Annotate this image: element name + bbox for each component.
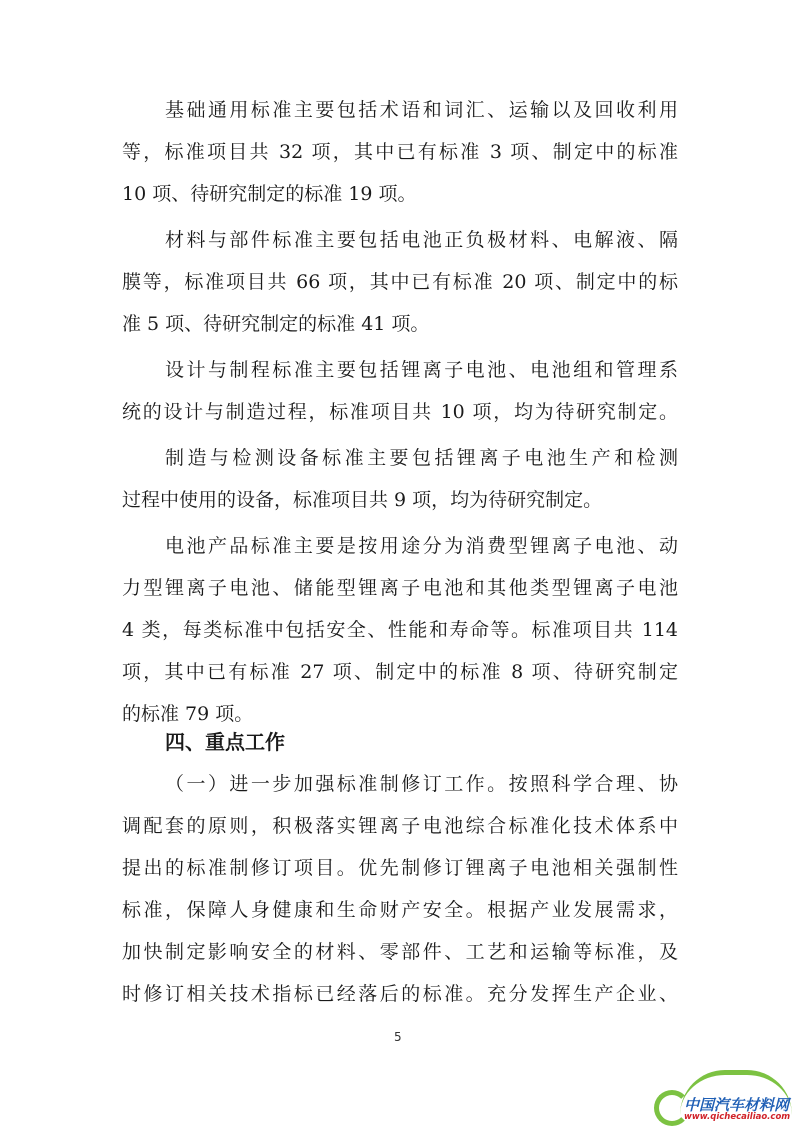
paragraph-5-line-4: 项，其中已有标准 27 项、制定中的标准 8 项、待研究制定 [122, 660, 678, 684]
paragraph-2-line-3: 准 5 项、待研究制定的标准 41 项。 [122, 312, 678, 336]
paragraph-5-line-2: 力型锂离子电池、储能型锂离子电池和其他类型锂离子电池 [122, 576, 678, 600]
section-paragraph-line-5: 加快制定影响安全的材料、零部件、工艺和运输等标准，及 [122, 940, 678, 964]
section-paragraph-line-4: 标准，保障人身健康和生命财产安全。根据产业发展需求， [122, 898, 678, 922]
section-heading: 四、重点工作 [165, 730, 285, 754]
paragraph-3-line-2: 统的设计与制造过程，标准项目共 10 项，均为待研究制定。 [122, 400, 678, 424]
paragraph-5-line-5: 的标准 79 项。 [122, 702, 678, 726]
paragraph-1-line-1: 基础通用标准主要包括术语和词汇、运输以及回收利用 [165, 98, 678, 122]
paragraph-2-line-2: 膜等，标准项目共 66 项，其中已有标准 20 项、制定中的标 [122, 270, 678, 294]
paragraph-3-line-1: 设计与制程标准主要包括锂离子电池、电池组和管理系 [165, 358, 678, 382]
paragraph-5-line-1: 电池产品标准主要是按用途分为消费型锂离子电池、动 [165, 534, 678, 558]
paragraph-5-line-3: 4 类，每类标准中包括安全、性能和寿命等。标准项目共 114 [122, 618, 678, 642]
section-paragraph-line-1: （一）进一步加强标准制修订工作。按照科学合理、协 [165, 772, 678, 796]
section-paragraph-line-3: 提出的标准制修订项目。优先制修订锂离子电池相关强制性 [122, 856, 678, 880]
watermark-logo: 中国汽车材料网 www.qichecailiao.com [640, 1068, 800, 1128]
section-paragraph-line-2: 调配套的原则，积极落实锂离子电池综合标准化技术体系中 [122, 814, 678, 838]
paragraph-2-line-1: 材料与部件标准主要包括电池正负极材料、电解液、隔 [165, 228, 678, 252]
watermark-url: www.qichecailiao.com [684, 1112, 790, 1122]
paragraph-1-line-3: 10 项、待研究制定的标准 19 项。 [122, 182, 678, 206]
page-number: 5 [394, 1030, 402, 1044]
paragraph-1-line-2: 等，标准项目共 32 项，其中已有标准 3 项、制定中的标准 [122, 140, 678, 164]
section-paragraph-line-6: 时修订相关技术指标已经落后的标准。充分发挥生产企业、 [122, 982, 678, 1006]
paragraph-4-line-2: 过程中使用的设备，标准项目共 9 项，均为待研究制定。 [122, 488, 678, 512]
paragraph-4-line-1: 制造与检测设备标准主要包括锂离子电池生产和检测 [165, 446, 678, 470]
document-page: 基础通用标准主要包括术语和词汇、运输以及回收利用 等，标准项目共 32 项，其中… [0, 0, 800, 1128]
